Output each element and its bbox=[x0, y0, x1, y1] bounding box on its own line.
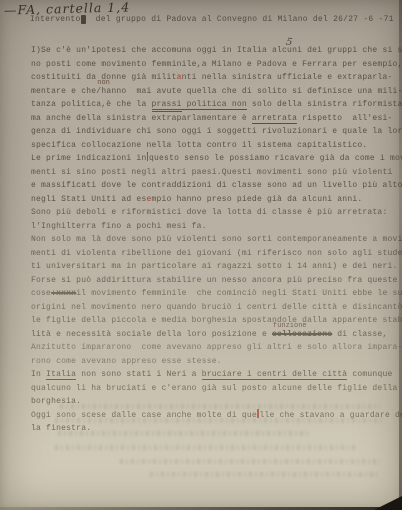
text-line: le figlie della piccola e media borghesi… bbox=[31, 314, 399, 328]
text-line: Non solo ma là dove sono più violenti so… bbox=[31, 233, 399, 247]
typed-correction: funzionecollocazione bbox=[272, 328, 332, 342]
text-line: menti si sino posti negli altri paesi.Qu… bbox=[31, 166, 399, 180]
text-line: Oggi sono scese dalle case anche molte d… bbox=[31, 409, 399, 423]
text-line: Forse si può addirittura stabilire un ne… bbox=[31, 274, 399, 288]
text-line: qualcuno li ha bruciati e c'erano già su… bbox=[31, 382, 399, 396]
document-page: —FA, cartella 1,4 5 Interventos del grup… bbox=[0, 0, 402, 510]
text-line: ma anche della sinistra extraparlamentar… bbox=[31, 112, 399, 126]
text-line: negli Stati Uniti ad esempio hanno preso… bbox=[31, 193, 399, 207]
typewritten-body: I)Se c'è un'ipotesi che accomuna oggi in… bbox=[31, 44, 399, 436]
text-line: I)Se c'è un'ipotesi che accomuna oggi in… bbox=[31, 44, 399, 58]
text-line: specifica collocazione nella lotta contr… bbox=[31, 139, 399, 153]
text-line: genza di individuare chi sono oggi i sog… bbox=[31, 125, 399, 139]
text-line: l'Inghilterra fino a pochi mesi fa. bbox=[31, 220, 399, 234]
text-line: Le prime indicazioni inquesto senso le p… bbox=[31, 152, 399, 166]
text-line: no posti come movimento femminile,a Mila… bbox=[31, 58, 399, 72]
document-title-line: Interventos del gruppo di Padova al Conv… bbox=[30, 15, 394, 24]
page-corner-shadow bbox=[374, 496, 402, 510]
text-line: origini nel movimento nero quando bruciò… bbox=[31, 301, 399, 315]
text-line: lità e necessità sociale della loro posi… bbox=[31, 328, 399, 342]
text-line: rono come avevano appreso esse stesse. bbox=[31, 355, 399, 369]
text-line: Sono più deboli e riformistici dove la l… bbox=[31, 206, 399, 220]
text-line: e massificati dove le contraddizioni di … bbox=[31, 179, 399, 193]
text-line: In Italia non sono stati i Neri a brucia… bbox=[31, 368, 399, 382]
text-line: Anzitutto impararono come avevano appres… bbox=[31, 341, 399, 355]
text-line: tanza politica,è che la prassi politica … bbox=[31, 98, 399, 112]
text-line: la finestra. bbox=[31, 422, 399, 436]
text-line: ti universitari ma in particolare ai rag… bbox=[31, 260, 399, 274]
text-line: cose:xxxxil movimento femminile che comi… bbox=[31, 287, 399, 301]
text-line: mentare e chenon/hanno mai avute quella … bbox=[31, 85, 399, 99]
text-line: borghesia. bbox=[31, 395, 399, 409]
typed-correction: non/ bbox=[96, 85, 101, 99]
text-line: menti di violenta ribellione dei giovani… bbox=[31, 247, 399, 261]
text-line: costituiti da donne già militanti nella … bbox=[31, 71, 399, 85]
